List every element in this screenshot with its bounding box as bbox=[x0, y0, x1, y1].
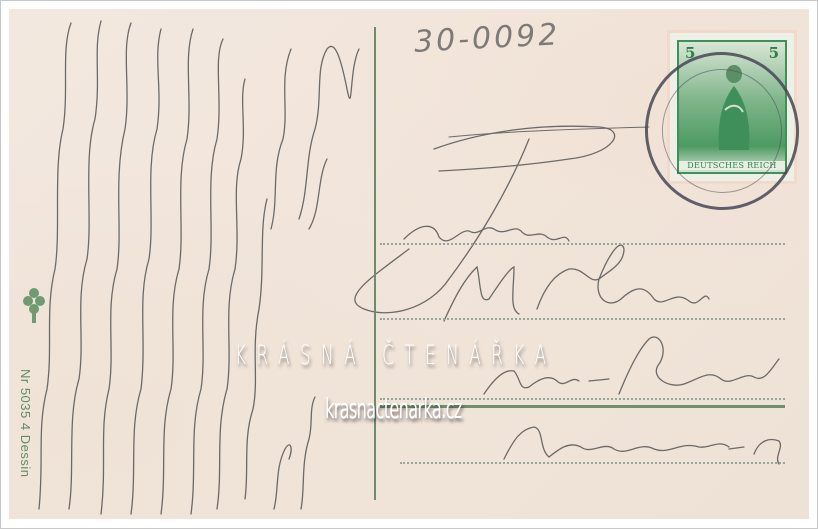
address-line-4 bbox=[400, 462, 785, 464]
address-line-2 bbox=[380, 318, 785, 320]
publisher-logo-icon bbox=[19, 285, 49, 325]
publisher-imprint: Nr 5035 4 Dessin bbox=[18, 369, 33, 477]
postcard-back: 30-0092 5 5 DEUTSCHES REICH Nr 5035 4 De… bbox=[9, 9, 809, 519]
stamp-value-right: 5 bbox=[769, 44, 779, 62]
postmark-inner-ring bbox=[654, 61, 790, 200]
address-divider-line bbox=[374, 27, 376, 500]
watermark-url: krasnactenarka.cz bbox=[325, 392, 462, 425]
watermark-title: KRÁSNÁ ČTENÁŘKA bbox=[235, 340, 557, 371]
address-line-1 bbox=[380, 243, 785, 245]
